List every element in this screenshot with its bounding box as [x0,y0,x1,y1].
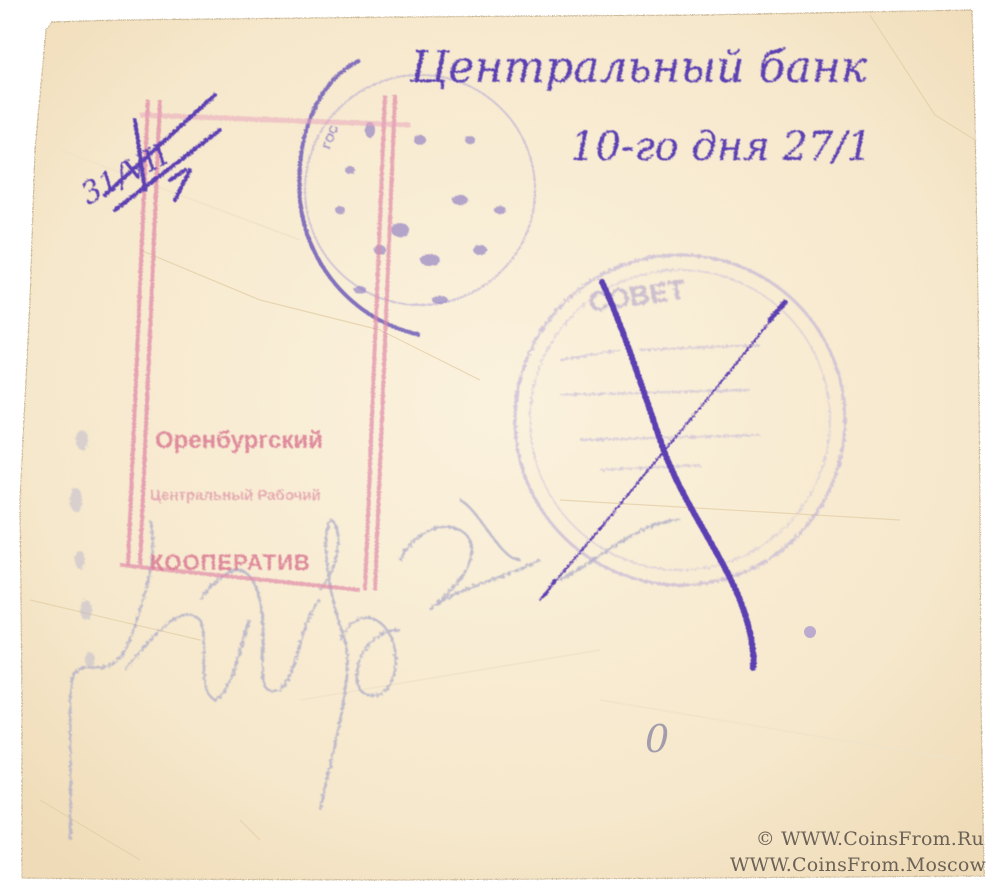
rect-stamp-line-1: Оренбургский [155,427,323,454]
pencil-mark: 0 [645,717,669,761]
watermark-line-2: WWW.CoinsFrom.Moscow [730,854,986,876]
scanned-document: СОВЕТ [0,0,1000,891]
rect-stamp-line-3: КООПЕРАТИВ [150,550,311,575]
rect-stamp-line-2: Центральный Рабочий [150,487,321,504]
ink-spot [804,626,816,638]
watermark-line-1: © WWW.CoinsFrom.Ru [756,828,984,850]
handwriting-line-2: 10-го дня 27/1 [570,124,872,170]
document-canvas: СОВЕТ [0,0,1000,891]
handwriting-line-1: Центральный банк [409,42,868,93]
